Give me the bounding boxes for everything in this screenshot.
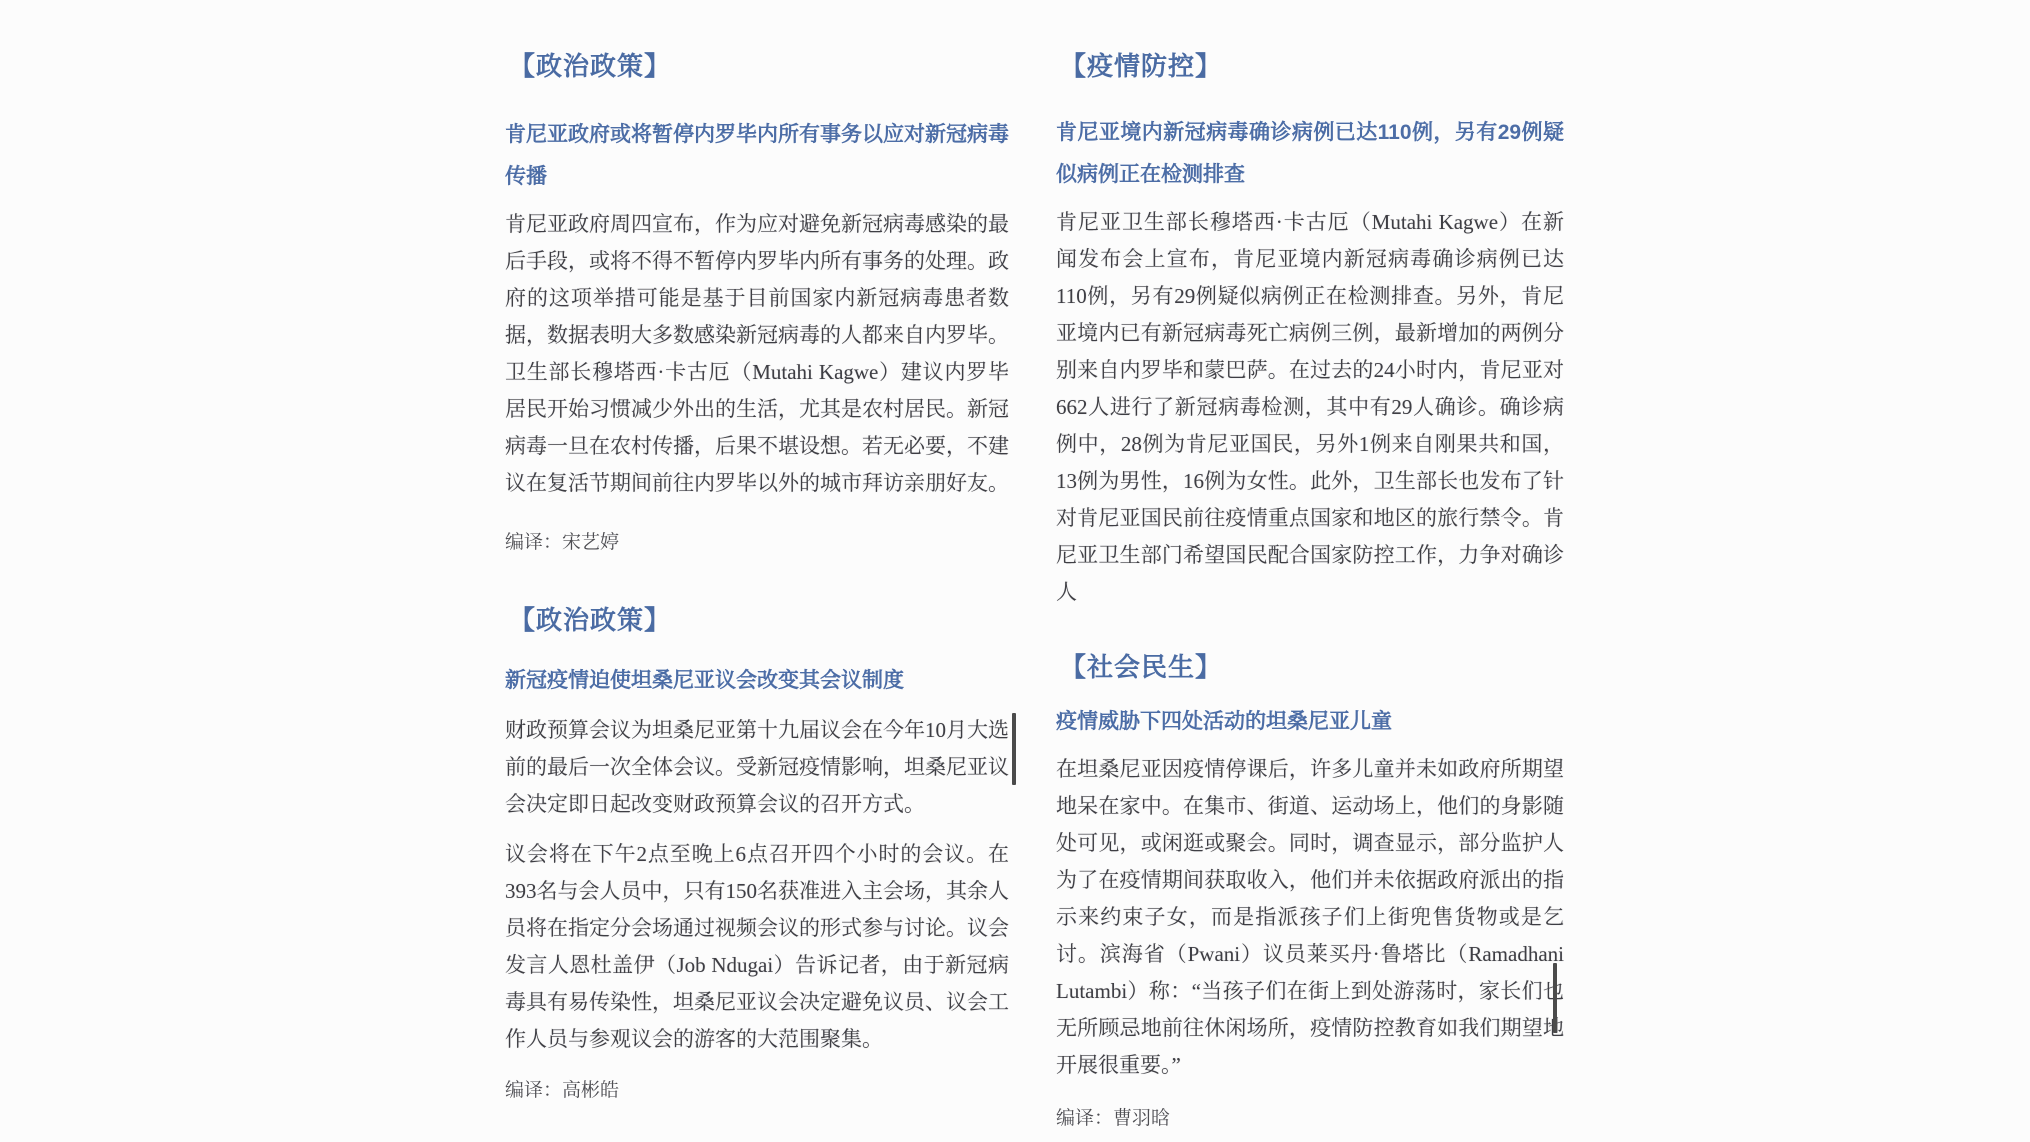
change-bar-left <box>1012 713 1016 785</box>
right-column: 【疫情防控】 肯尼亚境内新冠病毒确诊病例已达110例，另有29例疑似病例正在检测… <box>1056 0 1564 1134</box>
category-header: 【疫情防控】 <box>1060 46 1564 86</box>
category-header: 【政治政策】 <box>509 600 1009 640</box>
newsletter-page: 【政治政策】 肯尼亚政府或将暂停内罗毕内所有事务以应对新冠病毒传播 肯尼亚政府周… <box>0 0 2030 1142</box>
article-title: 肯尼亚政府或将暂停内罗毕内所有事务以应对新冠病毒传播 <box>505 114 1009 198</box>
article-paragraph: 在坦桑尼亚因疫情停课后，许多儿童并未如政府所期望地呆在家中。在集市、街道、运动场… <box>1056 751 1564 1084</box>
article-tanzania-children: 【社会民生】 疫情威胁下四处活动的坦桑尼亚儿童 在坦桑尼亚因疫情停课后，许多儿童… <box>1056 647 1564 1134</box>
article-tanzania-parliament: 【政治政策】 新冠疫情迫使坦桑尼亚议会改变其会议制度 财政预算会议为坦桑尼亚第十… <box>505 600 1009 1106</box>
editor-credit: 编译：高彬皓 <box>505 1076 1009 1106</box>
article-paragraph: 议会将在下午2点至晚上6点召开四个小时的会议。在393名与会人员中，只有150名… <box>505 836 1009 1058</box>
article-kenya-confirmed-cases: 【疫情防控】 肯尼亚境内新冠病毒确诊病例已达110例，另有29例疑似病例正在检测… <box>1056 46 1564 611</box>
article-paragraph: 肯尼亚卫生部长穆塔西·卡古厄（Mutahi Kagwe）在新闻发布会上宣布，肯尼… <box>1056 204 1564 611</box>
left-column: 【政治政策】 肯尼亚政府或将暂停内罗毕内所有事务以应对新冠病毒传播 肯尼亚政府周… <box>505 0 1009 1106</box>
article-title: 疫情威胁下四处活动的坦桑尼亚儿童 <box>1056 701 1564 743</box>
category-header: 【社会民生】 <box>1060 647 1564 687</box>
article-paragraph: 肯尼亚政府周四宣布，作为应对避免新冠病毒感染的最后手段，或将不得不暂停内罗毕内所… <box>505 206 1009 502</box>
editor-credit: 编译：曹羽晗 <box>1056 1104 1564 1134</box>
article-title: 新冠疫情迫使坦桑尼亚议会改变其会议制度 <box>505 660 1009 702</box>
article-paragraph: 财政预算会议为坦桑尼亚第十九届议会在今年10月大选前的最后一次全体会议。受新冠疫… <box>505 712 1009 823</box>
editor-credit: 编译：宋艺婷 <box>505 528 1009 558</box>
change-bar-right <box>1553 963 1557 1033</box>
article-kenya-nairobi-suspension: 【政治政策】 肯尼亚政府或将暂停内罗毕内所有事务以应对新冠病毒传播 肯尼亚政府周… <box>505 46 1009 558</box>
category-header: 【政治政策】 <box>509 46 1009 86</box>
article-title: 肯尼亚境内新冠病毒确诊病例已达110例，另有29例疑似病例正在检测排查 <box>1056 112 1564 196</box>
